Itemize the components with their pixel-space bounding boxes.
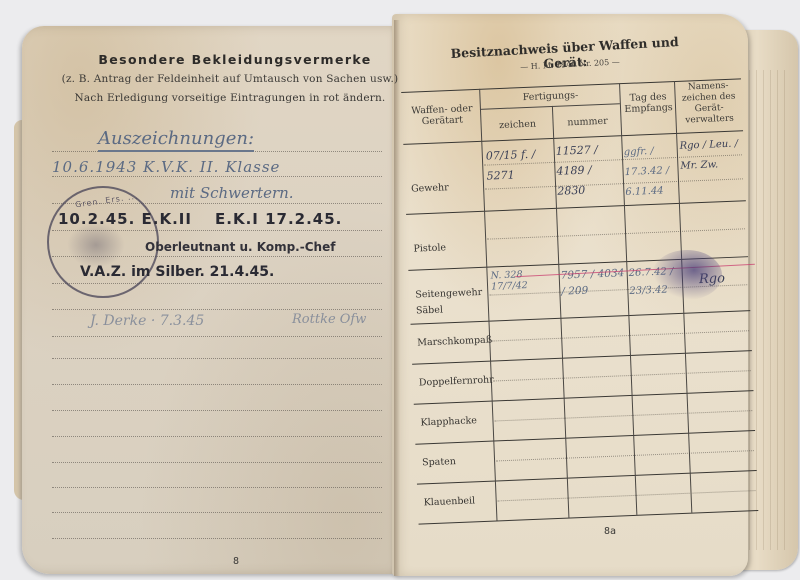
entry-vaz: V.A.Z. im Silber. 21.4.45. xyxy=(80,264,274,280)
ruled-line xyxy=(52,384,382,385)
header-zeichen: zeichen xyxy=(482,118,552,132)
cell-seitengewehr-zeichen: N. 328 17/7/42 xyxy=(490,268,559,293)
left-page-subtitle-1: (z. B. Antrag der Feldeinheit auf Umtaus… xyxy=(60,73,400,85)
officer-stamp-title: Oberleutnant u. Komp.-Chef xyxy=(145,240,335,254)
cell-gewehr-namen: Rgo / Leu. / Mr. Zw. xyxy=(679,134,743,176)
row-label-gewehr: Gewehr xyxy=(411,182,449,195)
ruled-line xyxy=(52,512,382,513)
table-rule xyxy=(417,470,757,485)
left-page-number: 8 xyxy=(233,556,239,567)
ruled-line xyxy=(52,462,382,463)
header-date-received: Tag des Empfangs xyxy=(621,91,675,115)
table-dotted-line xyxy=(496,450,754,461)
row-label-spaten: Spaten xyxy=(422,456,456,468)
header-fertigung-group: Fertigungs- xyxy=(481,88,619,105)
left-page xyxy=(22,26,404,574)
table-rule xyxy=(415,430,755,445)
row-label-pistole: Pistole xyxy=(413,242,446,254)
right-page-number: 8a xyxy=(604,526,616,537)
header-nummer: nummer xyxy=(554,115,620,129)
ruled-line xyxy=(52,309,382,310)
ruled-line xyxy=(52,176,382,177)
ruled-line xyxy=(52,538,382,539)
table-dotted-line xyxy=(498,490,756,501)
ruled-line xyxy=(52,487,382,488)
stamp-eagle-blot xyxy=(67,222,125,268)
stamp-text: Gren. Ers. ... xyxy=(75,192,139,210)
table-rule xyxy=(412,350,752,365)
row-label-klauenbeil: Klauenbeil xyxy=(423,495,475,508)
row-label-doppelfernrohr: Doppelfernrohr xyxy=(419,374,494,388)
header-custodian-initials: Namens-zeichen des Gerät-verwalters xyxy=(676,80,742,127)
entry-heading-awards: Auszeichnungen: xyxy=(98,128,254,152)
cell-gewehr-zeichen: 07/15 f. / 5271 xyxy=(485,144,555,187)
ruled-line xyxy=(52,410,382,411)
row-label-marschkompass: Marschkompaß xyxy=(417,335,492,349)
entry-kvk: 10.6.1943 K.V.K. II. Klasse xyxy=(52,158,280,176)
document-photo: Besondere Bekleidungsvermerke (z. B. Ant… xyxy=(0,0,800,580)
row-label-klapphacke: Klapphacke xyxy=(420,415,477,428)
entry-ek2: 10.2.45. E.K.II xyxy=(58,210,192,228)
table-dotted-line xyxy=(494,410,752,421)
header-weapon-type: Waffen- oder Gerätart xyxy=(406,103,479,128)
entry-pencil-signature: Rottke Ofw xyxy=(292,312,366,327)
cell-gewehr-tag: ggfr. / 17.3.42 / 6.11.44 xyxy=(623,141,679,203)
table-rule xyxy=(414,390,754,405)
entry-pencil-note: J. Derke · 7.3.45 xyxy=(90,313,204,329)
left-page-title: Besondere Bekleidungsvermerke xyxy=(90,52,380,67)
table-dotted-line xyxy=(491,330,749,341)
violet-ink-stamp-smudge xyxy=(652,250,722,300)
ruled-line xyxy=(52,336,382,337)
entry-ek1: E.K.I 17.2.45. xyxy=(215,210,342,228)
row-label-seitengewehr: Seitengewehr Säbel xyxy=(415,285,486,320)
table-subheader-rule xyxy=(480,103,620,110)
left-page-subtitle-2: Nach Erledigung vorseitige Eintragungen … xyxy=(60,92,400,104)
table-dotted-line xyxy=(493,370,751,381)
entry-swords: mit Schwertern. xyxy=(170,184,294,202)
unit-stamp: Gren. Ers. ... xyxy=(47,186,159,298)
ruled-line xyxy=(52,358,382,359)
cell-gewehr-nummer: 11527 / 4189 / 2830 xyxy=(555,139,623,202)
table-rule xyxy=(406,200,746,215)
table-dotted-line xyxy=(487,228,745,239)
ruled-line xyxy=(52,436,382,437)
